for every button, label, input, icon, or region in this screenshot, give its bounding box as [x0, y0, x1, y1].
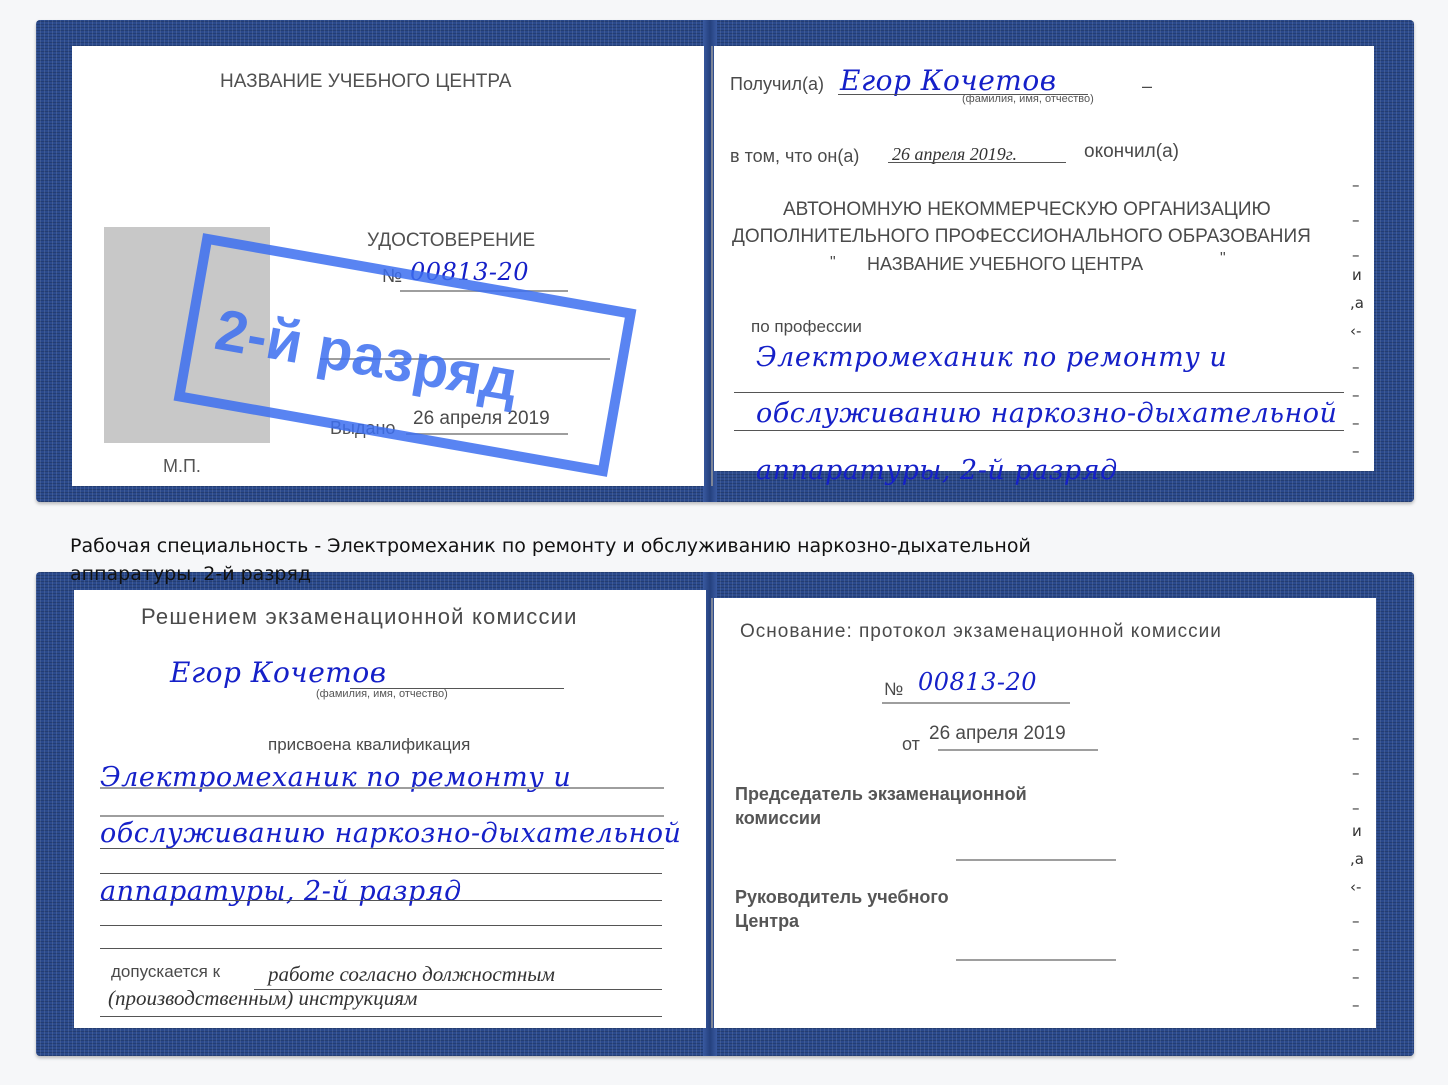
received-label: Получил(а): [730, 74, 824, 95]
admitted-underline-2: [100, 1016, 662, 1017]
edge-mark: –: [1352, 940, 1360, 958]
person-name-hint: (фамилия, имя, отчество): [316, 688, 448, 700]
edge-mark: ‹-: [1350, 878, 1361, 896]
org-line-1: АВТОНОМНУЮ НЕКОММЕРЧЕСКУЮ ОРГАНИЗАЦИЮ: [783, 199, 1271, 221]
seal-label: М.П.: [163, 456, 201, 477]
completion-label: в том, что он(а): [730, 146, 859, 167]
profession-line-3: аппаратуры, 2-й разряд: [756, 455, 1118, 486]
edge-mark: –: [1352, 799, 1360, 817]
protocol-number: 00813-20: [918, 668, 1037, 696]
protocol-from-label: от: [902, 734, 920, 755]
org-line-2: ДОПОЛНИТЕЛЬНОГО ПРОФЕССИОНАЛЬНОГО ОБРАЗО…: [732, 226, 1311, 248]
edge-mark: –: [1352, 414, 1360, 432]
top-fold: [711, 46, 713, 486]
org-quote-open: ": [830, 254, 836, 272]
qualification-underline-6: [100, 925, 662, 926]
edge-mark: –: [1352, 996, 1360, 1014]
edge-mark: –: [1352, 386, 1360, 404]
org-quote-close: ": [1220, 250, 1226, 268]
edge-mark: –: [1352, 246, 1360, 264]
qualification-underline-2: [100, 815, 664, 817]
qualification-underline-3: [100, 848, 664, 849]
qualification-underline-7: [100, 948, 662, 949]
protocol-number-label: №: [884, 679, 903, 700]
specialty-caption: Рабочая специальность - Электромеханик п…: [70, 532, 1130, 588]
edge-mark: ‹-: [1350, 322, 1361, 340]
org-line-3: НАЗВАНИЕ УЧЕБНОГО ЦЕНТРА: [867, 254, 1143, 275]
edge-mark: –: [1352, 729, 1360, 747]
protocol-date-underline: [938, 749, 1098, 751]
edge-mark: –: [1352, 358, 1360, 376]
admitted-label: допускается к: [111, 962, 220, 982]
qualification-underline-4: [100, 873, 662, 874]
edge-mark: –: [1352, 176, 1360, 194]
edge-mark: ,а: [1350, 850, 1364, 868]
edge-mark: –: [1352, 912, 1360, 930]
chairman-label-1: Председатель экзаменационной: [735, 784, 1027, 805]
profession-line-2: обслуживанию наркозно-дыхательной: [756, 398, 1337, 429]
completion-underline: [888, 162, 1066, 163]
profession-underline-1: [734, 392, 1344, 393]
head-label-2: Центра: [735, 911, 799, 932]
chairman-label-2: комиссии: [735, 808, 821, 829]
commission-heading: Решением экзаменационной комиссии: [141, 604, 578, 630]
admitted-line-1: работе согласно должностным: [268, 962, 555, 987]
bottom-fold: [711, 598, 713, 1028]
edge-mark: и: [1352, 822, 1362, 840]
recipient-dash: –: [1142, 76, 1152, 97]
person-name: Егор Кочетов: [170, 656, 387, 689]
profession-line-1: Электромеханик по ремонту и: [756, 342, 1227, 373]
edge-mark: и: [1352, 266, 1362, 284]
center-name: НАЗВАНИЕ УЧЕБНОГО ЦЕНТРА: [220, 71, 512, 93]
qualification-label: присвоена квалификация: [268, 735, 470, 755]
edge-mark: –: [1352, 442, 1360, 460]
qualification-underline-5: [100, 900, 662, 901]
document-title: УДОСТОВЕРЕНИЕ: [367, 230, 535, 252]
qualification-underline-1: [100, 787, 664, 789]
head-label-1: Руководитель учебного: [735, 887, 949, 908]
edge-mark: –: [1352, 211, 1360, 229]
protocol-date: 26 апреля 2019: [929, 723, 1066, 745]
edge-mark: ,а: [1350, 294, 1364, 312]
chairman-signature-line: [956, 859, 1116, 861]
qualification-line-3: аппаратуры, 2-й разряд: [100, 876, 462, 907]
recipient-name-hint: (фамилия, имя, отчество): [962, 93, 1094, 105]
head-signature-line: [956, 959, 1116, 961]
profession-label: по профессии: [751, 317, 862, 337]
finished-label: окончил(а): [1084, 141, 1179, 163]
edge-mark: –: [1352, 764, 1360, 782]
edge-mark: –: [1352, 968, 1360, 986]
basis-heading: Основание: протокол экзаменационной коми…: [740, 621, 1222, 643]
profession-underline-2: [734, 430, 1344, 431]
qualification-line-2: обслуживанию наркозно-дыхательной: [100, 818, 681, 849]
protocol-number-underline: [882, 702, 1070, 704]
admitted-line-2: (производственным) инструкциям: [108, 986, 417, 1011]
